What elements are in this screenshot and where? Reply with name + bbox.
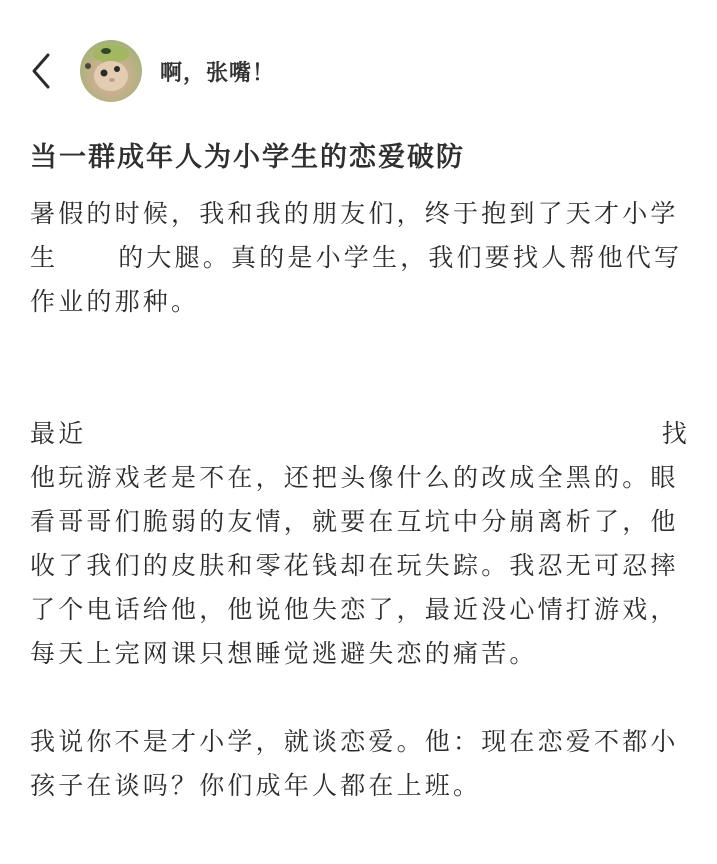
post-title: 当一群成年人为小学生的恋爱破防 [30,136,690,180]
post-content: 当一群成年人为小学生的恋爱破防 暑假的时候，我和我的朋友们，终于抱到了天才小学 … [30,136,690,808]
text-line: 他玩游戏老是不在，还把头像什么的改成全黑的。眼 [30,456,690,500]
text-line: 收了我们的皮肤和零花钱却在玩失踪。我忍无可忍摔 [30,544,690,588]
text-segment: 最近 [30,419,86,448]
text-segment: 的大腿。真的是小学生，我们要找人帮他代写 [118,243,682,272]
paragraph-2: 最近 找 他玩游戏老是不在，还把头像什么的改成全黑的。眼 看哥哥们脆弱的友情，就… [30,412,690,676]
text-line: 最近 找 [30,412,690,456]
back-button[interactable] [28,52,56,90]
paragraph-3: 我说你不是才小学，就谈恋爱。他：现在恋爱不都小 孩子在谈吗？你们成年人都在上班。 [30,720,690,808]
text-line: 孩子在谈吗？你们成年人都在上班。 [30,764,690,808]
post-header: 啊，张嘴！ [0,38,717,104]
spacer [30,324,690,412]
spacer [30,676,690,720]
text-segment: 找 [662,412,690,456]
text-segment: 生 [30,243,58,272]
text-line: 看哥哥们脆弱的友情，就要在互坑中分崩离析了，他 [30,500,690,544]
paragraph-1: 暑假的时候，我和我的朋友们，终于抱到了天才小学 生的大腿。真的是小学生，我们要找… [30,192,690,324]
username[interactable]: 啊，张嘴！ [160,56,275,87]
text-line: 作业的那种。 [30,280,690,324]
text-line: 暑假的时候，我和我的朋友们，终于抱到了天才小学 [30,192,690,236]
cat-avatar-icon [80,40,142,102]
text-line: 每天上完网课只想睡觉逃避失恋的痛苦。 [30,632,690,676]
chevron-left-icon [28,52,56,90]
text-line: 我说你不是才小学，就谈恋爱。他：现在恋爱不都小 [30,720,690,764]
text-line: 了个电话给他，他说他失恋了，最近没心情打游戏， [30,588,690,632]
text-line: 生的大腿。真的是小学生，我们要找人帮他代写 [30,236,690,280]
avatar[interactable] [80,40,142,102]
